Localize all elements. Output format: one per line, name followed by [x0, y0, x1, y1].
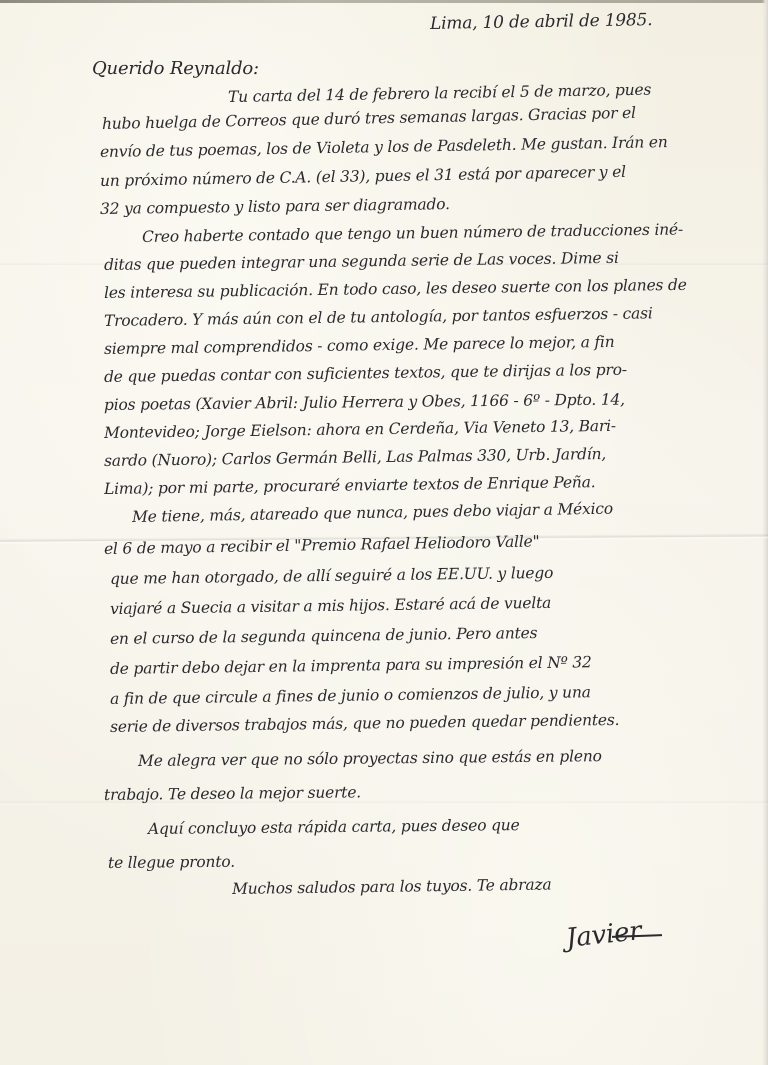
- letter-line: Me tiene, más, atareado que nunca, pues …: [132, 500, 613, 526]
- letter-line: Tu carta del 14 de febrero la recibí el …: [228, 81, 652, 106]
- letter-line: siempre mal comprendidos - como exige. M…: [104, 333, 615, 358]
- letter-line: serie de diversos trabajos más, que no p…: [110, 711, 620, 736]
- letter-line: Creo haberte contado que tengo un buen n…: [142, 220, 683, 246]
- letter-line: ditas que pueden integrar una segunda se…: [104, 249, 619, 274]
- letter-line: en el curso de la segunda quincena de ju…: [110, 624, 538, 648]
- letter-line: viajaré a Suecia a visitar a mis hijos. …: [110, 594, 551, 618]
- place-date: Lima, 10 de abril de 1985.: [430, 10, 653, 34]
- letter-line: te llegue pronto.: [108, 853, 235, 872]
- letter-line: Aquí concluyo esta rápida carta, pues de…: [148, 816, 520, 838]
- letter-line: a fin de que circule a fines de junio o …: [110, 683, 591, 708]
- salutation: Querido Reynaldo:: [92, 58, 259, 79]
- letter-line: pios poetas (Xavier Abril: Julio Herrera…: [104, 391, 625, 414]
- letter-line: 32 ya compuesto y listo para ser diagram…: [100, 195, 450, 218]
- letter-line: sardo (Nuoro); Carlos Germán Belli, Las …: [104, 445, 606, 470]
- letter-line: de que puedas contar con suficientes tex…: [104, 361, 627, 386]
- letter-page: Lima, 10 de abril de 1985. Querido Reyna…: [0, 0, 768, 1065]
- letter-line: un próximo número de C.A. (el 33), pues …: [100, 163, 626, 190]
- letter-line: les interesa su publicación. En todo cas…: [104, 276, 687, 302]
- letter-line: Trocadero. Y más aún con el de tu antolo…: [104, 304, 653, 330]
- letter-line: el 6 de mayo a recibir el "Premio Rafael…: [104, 532, 540, 558]
- letter-line: que me han otorgado, de allí seguiré a l…: [110, 564, 553, 588]
- letter-line: Muchos saludos para los tuyos. Te abraza: [232, 876, 552, 898]
- letter-line: Me alegra ver que no sólo proyectas sino…: [138, 747, 602, 770]
- letter-line: hubo huelga de Correos que duró tres sem…: [102, 104, 636, 133]
- letter-line: de partir debo dejar en la imprenta para…: [110, 653, 592, 678]
- letter-line: envío de tus poemas, los de Violeta y lo…: [100, 133, 668, 161]
- letter-line: Lima); por mi parte, procuraré enviarte …: [104, 473, 596, 498]
- letter-line: Montevideo; Jorge Eielson: ahora en Cerd…: [104, 417, 616, 442]
- paper-top-edge: [0, 0, 768, 3]
- letter-line: trabajo. Te deseo la mejor suerte.: [104, 783, 361, 804]
